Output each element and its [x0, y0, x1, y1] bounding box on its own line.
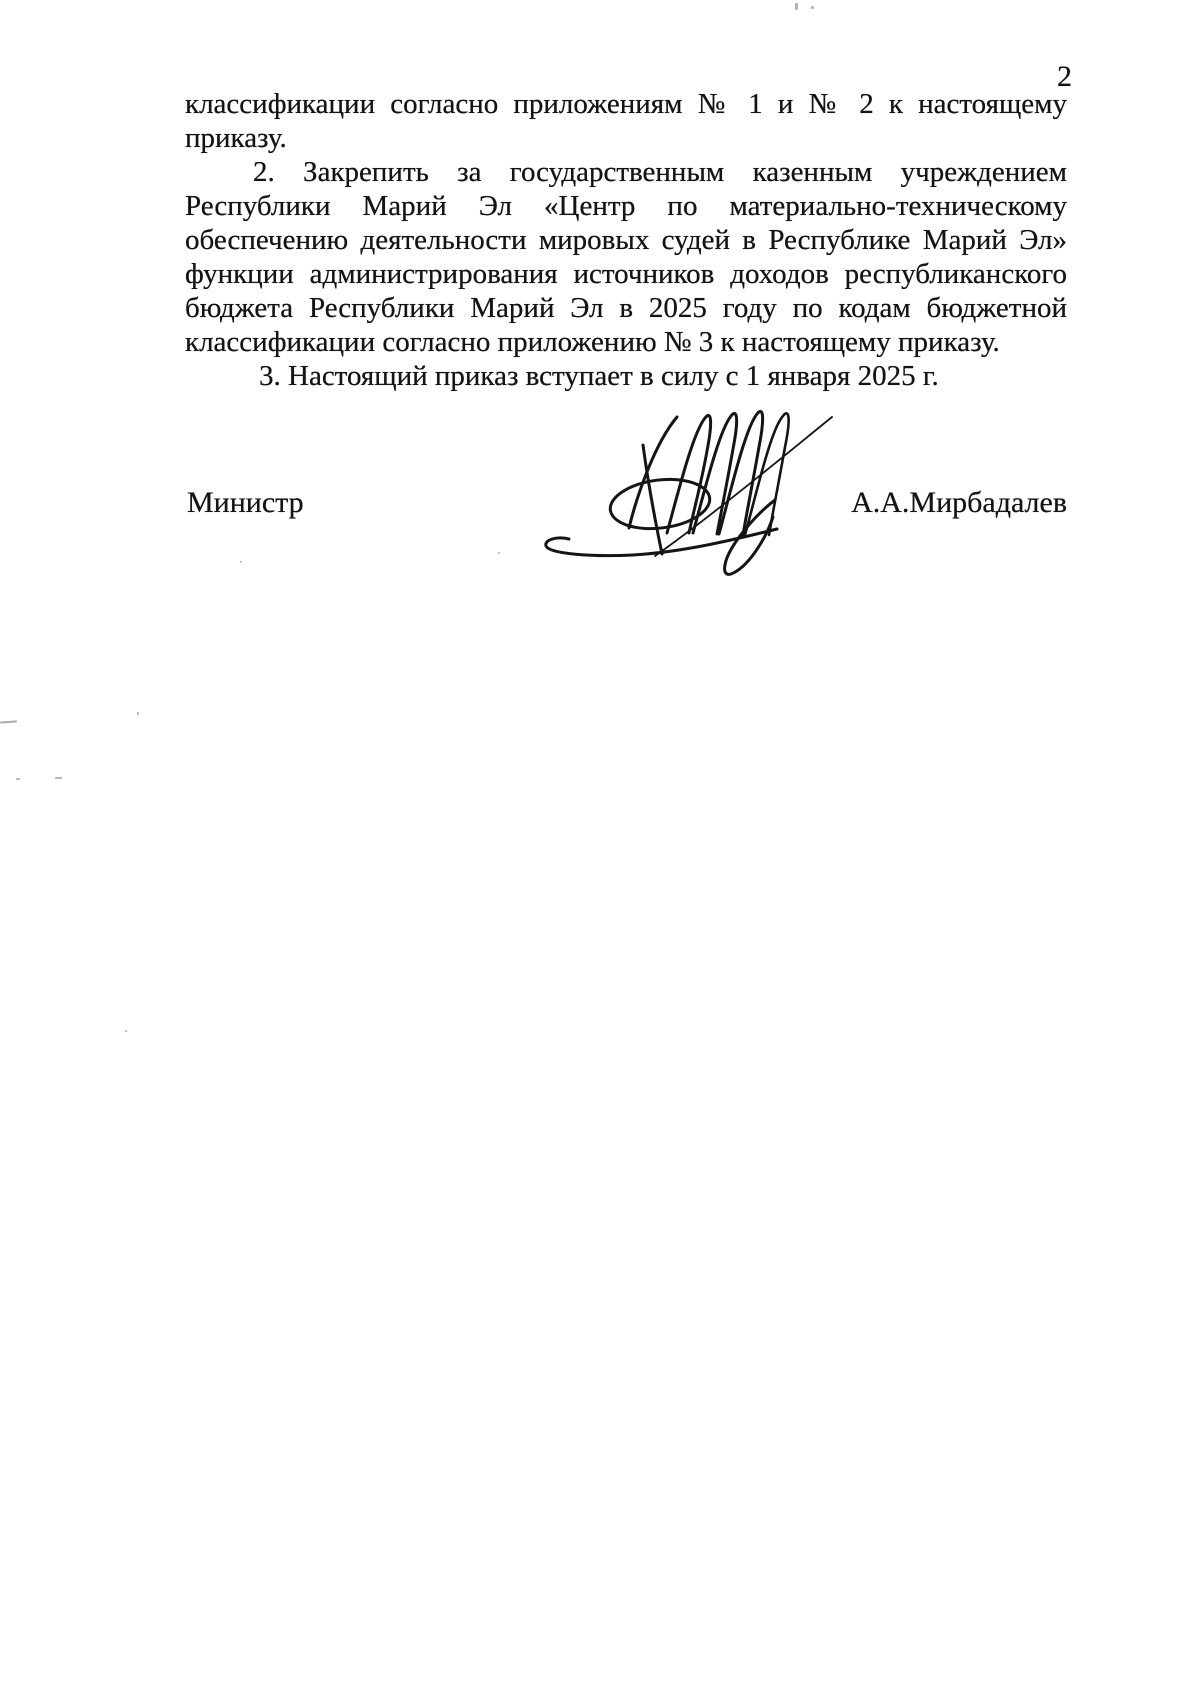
scan-artifact: [0, 720, 17, 723]
scan-artifact: [240, 561, 242, 563]
scan-artifact: [137, 712, 139, 715]
document-line: обеспечению деятельности мировых судей в…: [185, 223, 1067, 257]
scan-artifact: [16, 778, 20, 780]
document-line: функции администрирования источников дох…: [185, 257, 1067, 291]
document-line: классификации согласно приложениям № 1 и…: [185, 87, 1067, 121]
scan-artifact: [125, 1030, 127, 1032]
document-line: 3. Настоящий приказ вступает в силу с 1 …: [185, 359, 1067, 393]
scanned-document-page: 2 классификации согласно приложениям № 1…: [0, 0, 1200, 1692]
scan-artifact: [498, 552, 500, 554]
document-line: 2. Закрепить за государственным казенным…: [185, 155, 1067, 189]
signer-role-label: Министр: [187, 486, 304, 520]
scan-artifact: [811, 6, 814, 9]
document-line: приказу.: [185, 121, 1067, 155]
document-line: бюджета Республики Марий Эл в 2025 году …: [185, 291, 1067, 325]
document-text: классификации согласно приложениям № 1 и…: [185, 87, 1067, 393]
signer-name: А.А.Мирбадалев: [851, 486, 1067, 520]
scan-artifact: [795, 3, 798, 10]
document-line: классификации согласно приложению № 3 к …: [185, 325, 1067, 359]
scan-artifact: [55, 777, 62, 779]
document-line: Республики Марий Эл «Центр по материальн…: [185, 189, 1067, 223]
signature-autograph-icon: [533, 403, 843, 581]
